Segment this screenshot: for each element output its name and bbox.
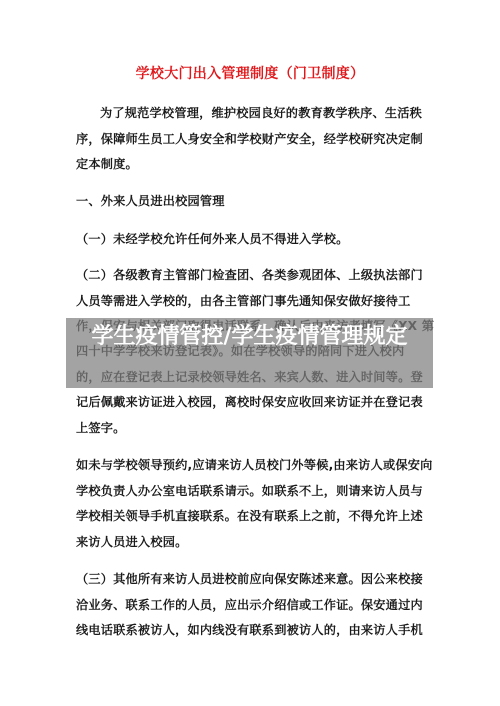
body-text-line: 如未与学校领导预约,应请来访人员校门外等候,由来访人或保安向 <box>76 456 433 473</box>
body-text-line: 学校负责人办公室电话联系请示。如联系不上，则请来访人员与 <box>76 482 423 499</box>
body-text-line: 人员等需进入学校的，由各主管部门事先通知保安做好接待工 <box>76 292 410 309</box>
body-text-line: （二）各级教育主管部门检查团、各类参观团体、上级执法部门 <box>76 266 423 283</box>
body-text-line: （三）其他所有来访人员进校前应向保安陈述来意。因公来校接 <box>76 570 423 587</box>
body-text-line: 上签字。 <box>76 419 126 436</box>
body-text-line: 来访人员进入校园。 <box>76 533 188 550</box>
body-text-line: （一）未经学校允许任何外来人员不得进入学校。 <box>76 230 349 247</box>
caption-overlay-title: 学生疫情管控/学生疫情管理规定 <box>66 318 433 351</box>
body-text-line: 线电话联系被访人，如内线没有联系到被访人的，由来访人手机 <box>76 621 423 638</box>
body-text-line: 记后佩戴来访证进入校园，离校时保安应收回来访证并在登记表 <box>76 393 423 410</box>
body-text-line: 序，保障师生员工人身安全和学校财产安全，经学校研究决定制 <box>76 130 423 147</box>
body-text-line: 一、外来人员进出校园管理 <box>76 192 225 209</box>
body-text-line: 为了规范学校管理，维护校园良好的教育教学秩序、生活秩 <box>100 104 422 121</box>
body-text-line: 学校相关领导手机直接联系。在没有联系上之前，不得允许上述 <box>76 507 423 524</box>
body-text-line: 定本制度。 <box>76 155 138 172</box>
body-text-line: 洽业务、联系工作的人员，应出示介绍信或工作证。保安通过内 <box>76 596 423 613</box>
document-title: 学校大门出入管理制度（门卫制度） <box>0 63 500 83</box>
